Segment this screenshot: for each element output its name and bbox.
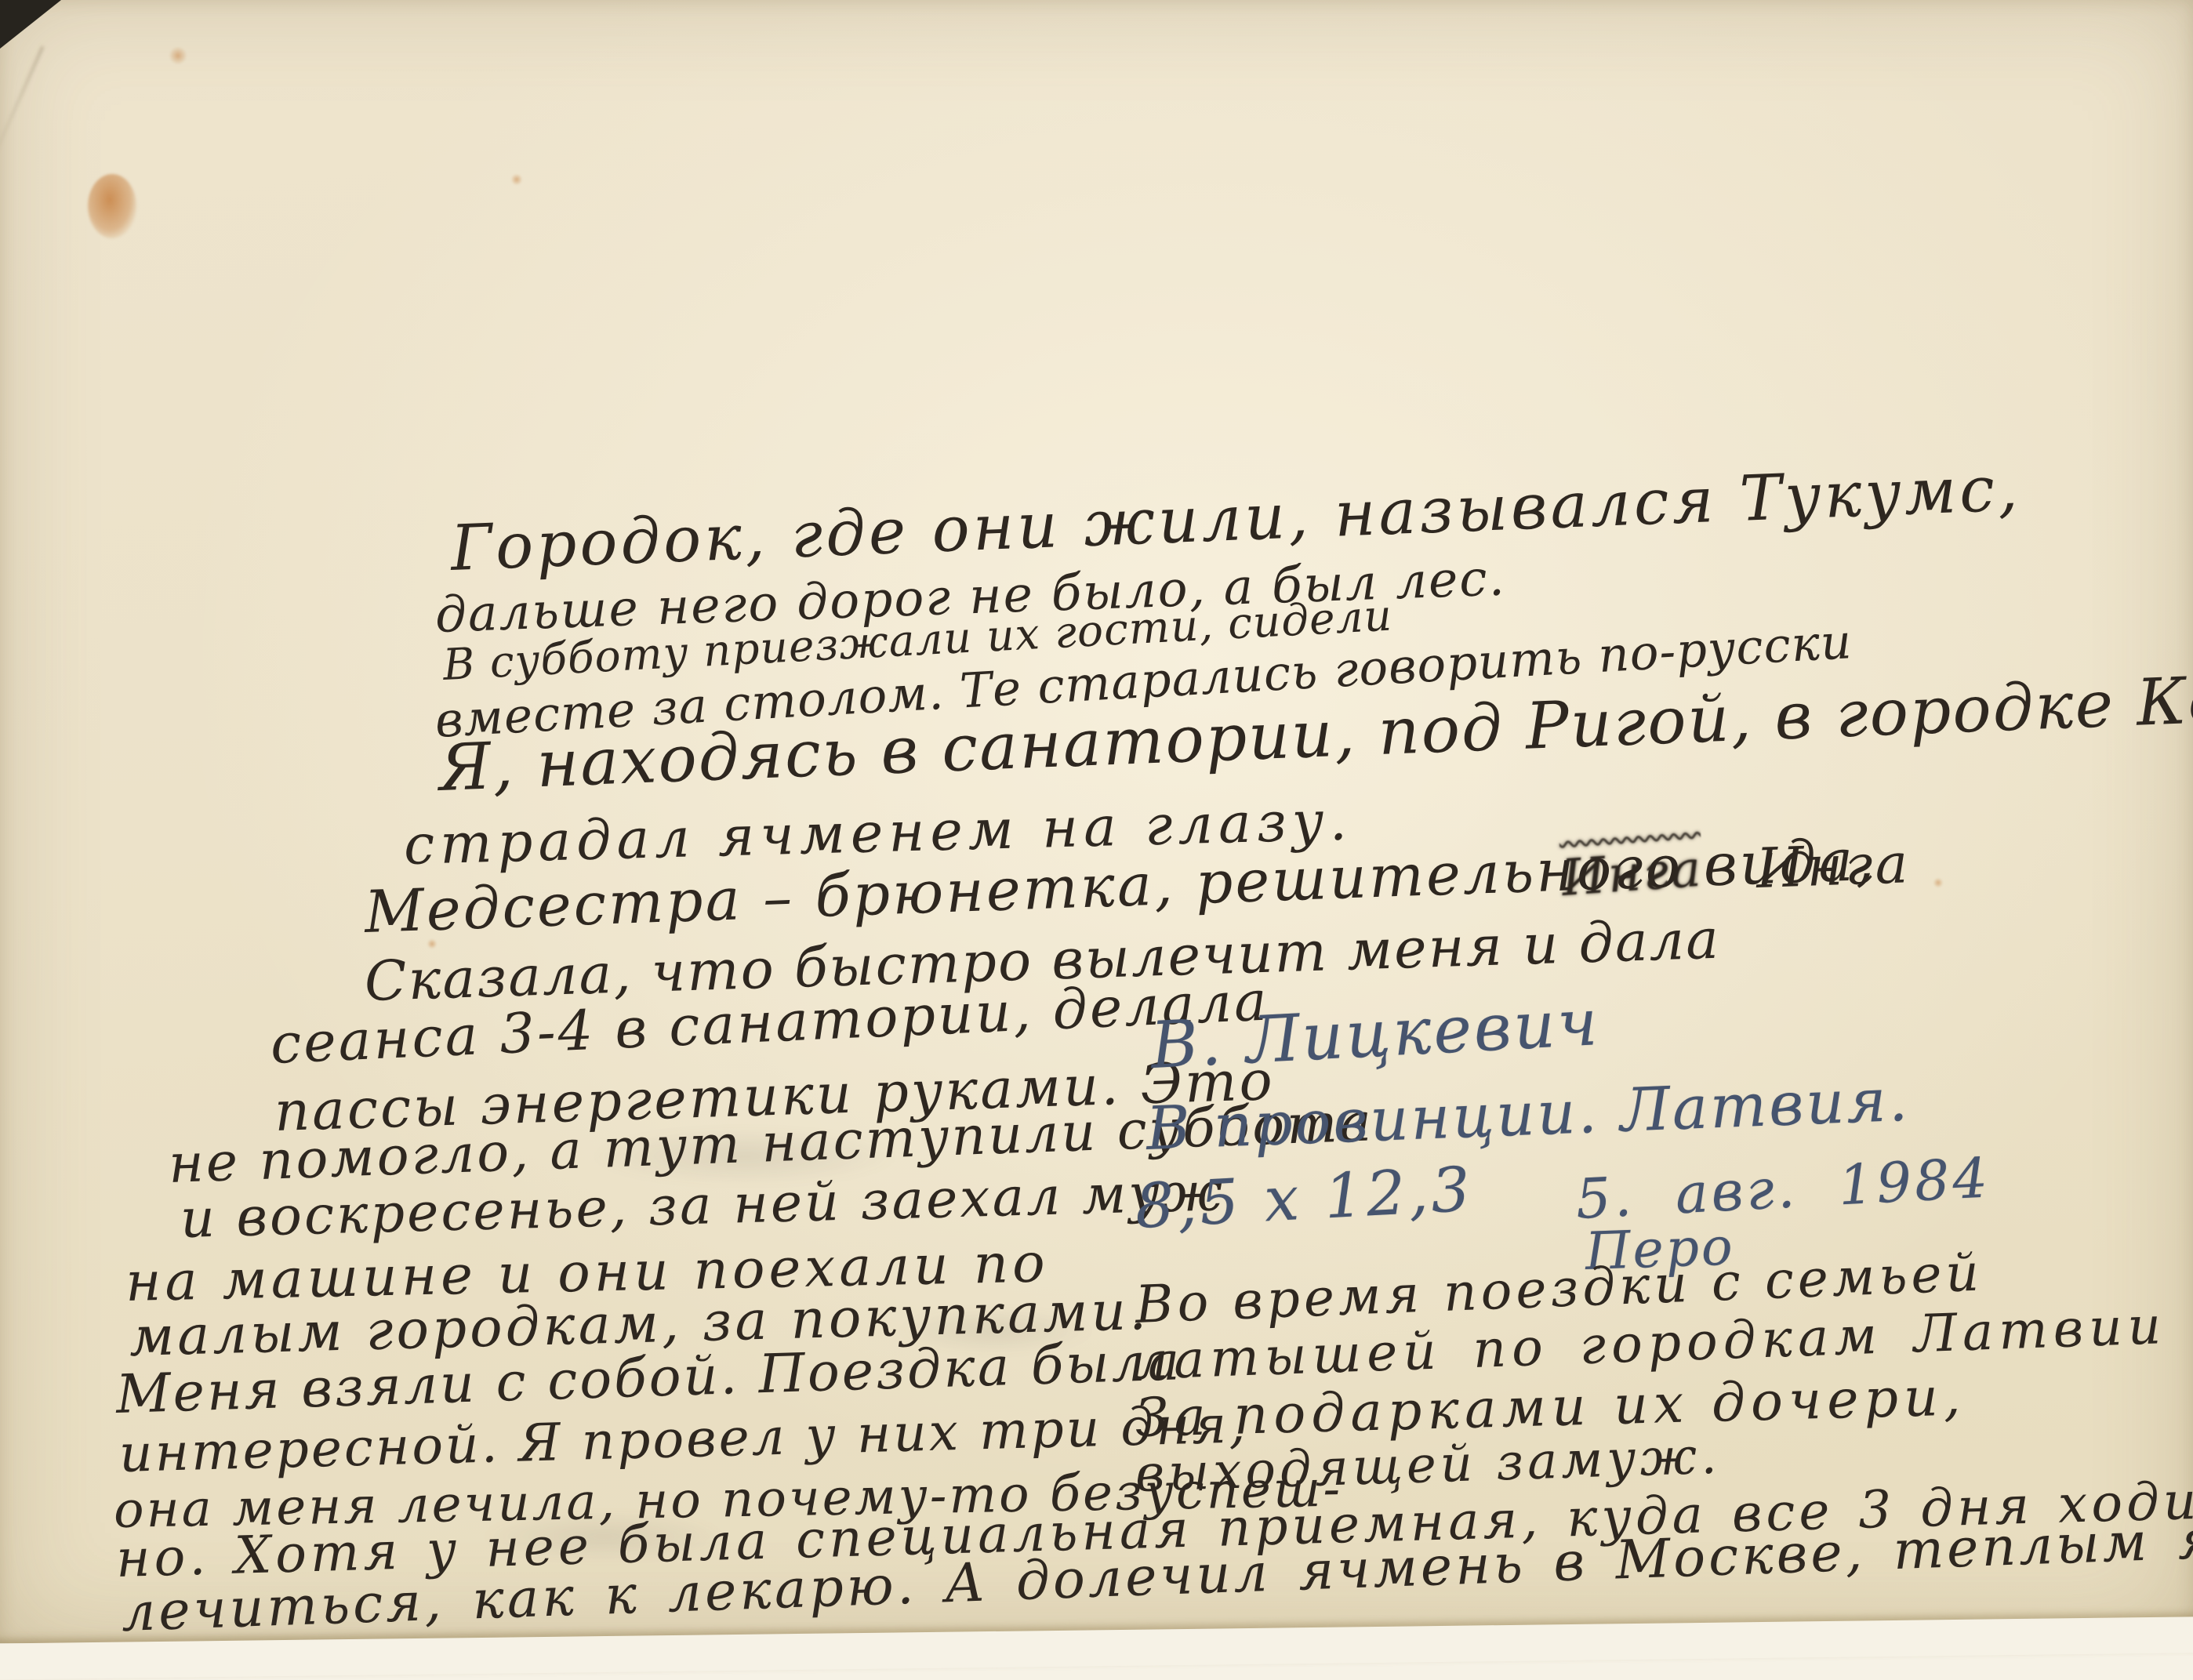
paper-crease	[0, 46, 44, 169]
scan-corner-shadow	[0, 0, 61, 49]
foxing-spot	[1933, 878, 1943, 887]
foxing-spot	[88, 174, 136, 238]
inga-insertion-smudged: Инга	[1560, 843, 1705, 905]
artwork-date: 5. авг. 1984	[1574, 1149, 1992, 1228]
foxing-spot	[169, 47, 187, 64]
foxing-spot	[511, 174, 522, 185]
inga-insertion: Инга	[1755, 835, 1912, 898]
manuscript-scan: Городок, где они жили, назывался Тукумс,…	[0, 0, 2193, 1643]
artwork-dimensions: 8,5 х 12,3	[1134, 1158, 1475, 1239]
